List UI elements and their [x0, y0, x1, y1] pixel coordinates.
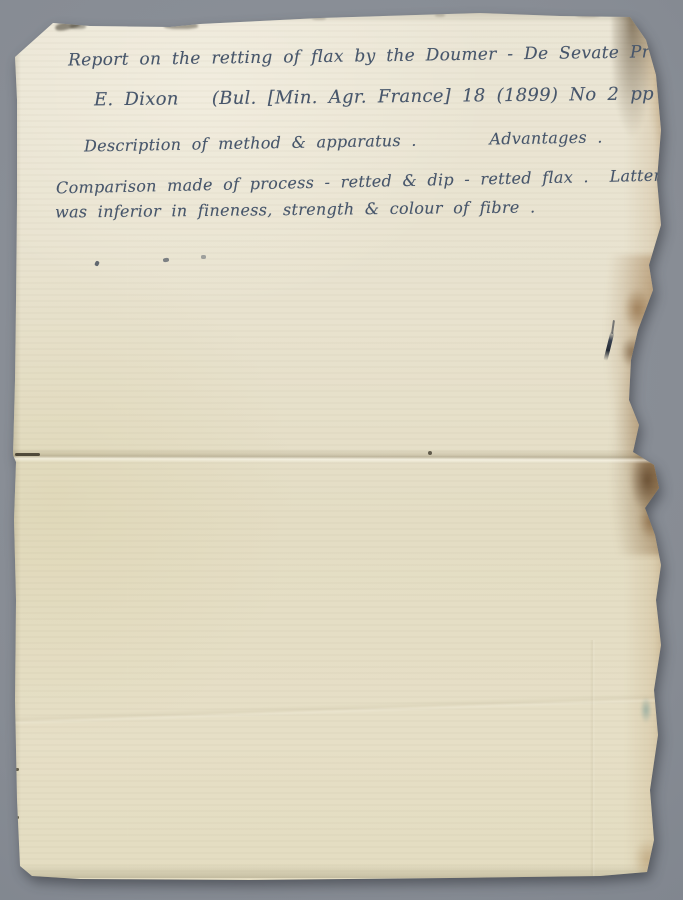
photograph-background: Report on the retting of flax by the Dou… [0, 0, 683, 900]
handwriting-line-comparison: Comparison made of process - retted & di… [56, 166, 662, 198]
handwritten-text-block: Report on the retting of flax by the Dou… [0, 0, 683, 900]
ink-smudge [576, 12, 600, 17]
paper-shadow-wrap: Report on the retting of flax by the Dou… [0, 0, 683, 900]
handwriting-line-title: Report on the retting of flax by the Dou… [68, 41, 683, 70]
handwriting-line-conclusion: was inferior in fineness, strength & col… [55, 197, 536, 221]
paper-sheet: Report on the retting of flax by the Dou… [0, 0, 683, 900]
handwriting-line-citation: E. Dixon (Bul. [Min. Agr. France] 18 (18… [94, 83, 683, 111]
handwriting-line-description: Description of method & apparatus . Adva… [84, 127, 603, 155]
